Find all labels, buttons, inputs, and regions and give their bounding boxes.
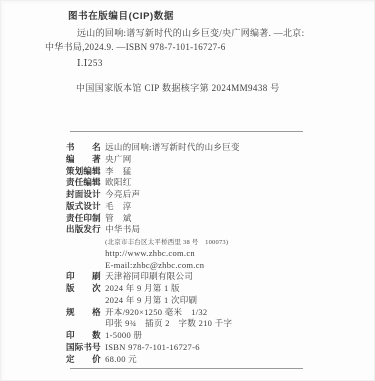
colophon-line-cover-design: 封面设计 今亮后声 <box>66 189 326 201</box>
field-value: 毛 淳 <box>105 201 131 211</box>
field-label: 编 著 <box>66 154 103 166</box>
colophon-line-isbn: 国际书号 ISBN 978-7-101-16727-6 <box>66 342 326 354</box>
cip-heading: 图书在版编目(CIP)数据 <box>68 8 174 22</box>
field-value: http://www.zhbc.com.cn <box>105 248 195 258</box>
field-value: 印张 9¾ 插页 2 字数 210 千字 <box>105 318 232 328</box>
colophon-line-layout-design: 版式设计 毛 淳 <box>66 201 326 213</box>
field-label: 封面设计 <box>66 189 103 201</box>
field-value: ISBN 978-7-101-16727-6 <box>105 342 200 352</box>
divider-top <box>70 131 303 132</box>
field-label: 印 刷 <box>66 271 103 283</box>
colophon-line-print-run: 印 数 1-5000 册 <box>66 330 326 342</box>
field-label: 规 格 <box>66 307 103 319</box>
classification-code: Ⅰ.Ⅰ253 <box>77 58 103 69</box>
field-label: 定 价 <box>66 354 103 366</box>
field-label: 国际书号 <box>66 342 103 354</box>
field-label: 策划编辑 <box>66 166 103 178</box>
colophon-line-book-title: 书 名 远山的回响:谱写新时代的山乡巨变 <box>66 142 326 154</box>
field-label: 责任印制 <box>66 213 103 225</box>
field-label: 出版发行 <box>66 224 103 236</box>
book-cip-page: 图书在版编目(CIP)数据 远山的回响:谱写新时代的山乡巨变/央广网编著. —北… <box>0 0 375 381</box>
field-value: 天津裕同印刷有限公司 <box>105 271 193 281</box>
colophon-line-price: 定 价 68.00 元 <box>66 354 326 366</box>
field-value: 管 斌 <box>105 213 131 223</box>
field-value: 央广网 <box>105 154 131 164</box>
field-value: 开本/920×1250 毫米 1/32 <box>105 307 207 317</box>
field-value: 68.00 元 <box>105 354 137 364</box>
colophon-line-responsible-editor: 责任编辑 欧阳红 <box>66 177 326 189</box>
colophon-line-sheets: 印张 9¾ 插页 2 字数 210 千字 <box>66 318 326 330</box>
field-label: 版式设计 <box>66 201 103 213</box>
cip-record-number: 中国国家版本馆 CIP 数据核字第 2024MM9438 号 <box>76 81 280 94</box>
cip-entry-line1: 远山的回响:谱写新时代的山乡巨变/央广网编著. —北京: <box>45 27 341 41</box>
field-label: 版 次 <box>66 283 103 295</box>
colophon-line-printer: 印 刷 天津裕同印刷有限公司 <box>66 271 326 283</box>
colophon-line-publisher-website: http://www.zhbc.com.cn <box>66 248 326 260</box>
colophon-line-format: 规 格 开本/920×1250 毫米 1/32 <box>66 307 326 319</box>
colophon-line-print-supervisor: 责任印制 管 斌 <box>66 213 326 225</box>
field-value: 2024 年 9 月第 1 版 <box>105 283 180 293</box>
colophon-line-publisher-address: (北京市丰台区太平桥西里 38 号 100073) <box>66 236 326 248</box>
colophon-line-planning-editor: 策划编辑 李 猛 <box>66 166 326 178</box>
field-value: 欧阳红 <box>105 177 131 187</box>
field-value: E-mail:zhbc@zhbc.com.cn <box>105 260 204 270</box>
divider-bottom <box>70 368 303 369</box>
field-label: 书 名 <box>66 142 103 154</box>
field-value: (北京市丰台区太平桥西里 38 号 100073) <box>105 239 228 246</box>
field-label: 责任编辑 <box>66 177 103 189</box>
cip-entry-line2: 中华书局,2024.9. —ISBN 978-7-101-16727-6 <box>45 41 341 55</box>
colophon-line-edition: 版 次 2024 年 9 月第 1 版 <box>66 283 326 295</box>
field-value: 2024 年 9 月第 1 次印刷 <box>105 295 197 305</box>
colophon-line-printing: 2024 年 9 月第 1 次印刷 <box>66 295 326 307</box>
colophon-line-publisher-email: E-mail:zhbc@zhbc.com.cn <box>66 260 326 272</box>
field-label: 印 数 <box>66 330 103 342</box>
field-value: 远山的回响:谱写新时代的山乡巨变 <box>105 142 240 152</box>
field-value: 中华书局 <box>105 224 140 234</box>
field-value: 1-5000 册 <box>105 330 142 340</box>
colophon: 书 名 远山的回响:谱写新时代的山乡巨变 编 著 央广网 策划编辑 李 猛 责任… <box>66 142 326 365</box>
field-value: 今亮后声 <box>105 189 140 199</box>
colophon-line-publisher: 出版发行 中华书局 <box>66 224 326 236</box>
field-value: 李 猛 <box>105 166 131 176</box>
cip-entry: 远山的回响:谱写新时代的山乡巨变/央广网编著. —北京: 中华书局,2024.9… <box>45 27 341 54</box>
colophon-line-author: 编 著 央广网 <box>66 154 326 166</box>
